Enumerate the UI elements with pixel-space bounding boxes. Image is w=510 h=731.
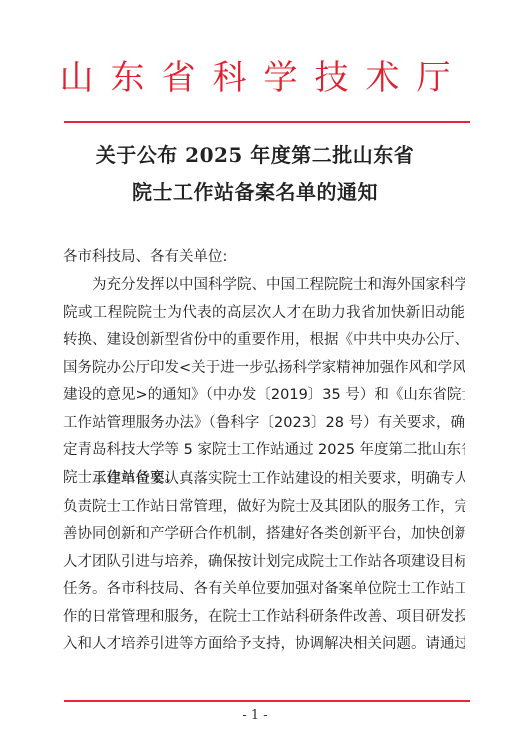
paragraph-line: 转换、建设创新型省份中的重要作用，根据《中共中央办公厅、	[63, 327, 465, 355]
paragraph-line: 作的日常管理和服务，在院士工作站科研条件改善、项目研发投	[63, 604, 465, 632]
paragraph-line: 任务。各市科技局、各有关单位要加强对备案单位院士工作站工	[63, 576, 465, 604]
paragraph-line: 定青岛科技大学等 5 家院士工作站通过 2025 年度第二批山东省	[63, 437, 465, 465]
page-number: - 1 -	[0, 706, 510, 726]
document-title-line-1: 关于公布 2025 年度第二批山东省	[0, 143, 510, 167]
body-paragraph-1: 为充分发挥以中国科学院、中国工程院院士和海外国家科学 院或工程院院士为代表的高层…	[63, 272, 465, 492]
paragraph-line: 为充分发挥以中国科学院、中国工程院院士和海外国家科学	[63, 272, 465, 300]
paragraph-line: 负责院士工作站日常管理，做好为院士及其团队的服务工作，完	[63, 494, 465, 522]
paragraph-line: 入和人才培养引进等方面给予支持，协调解决相关问题。请通过	[63, 631, 465, 659]
salutation: 各市科技局、各有关单位:	[63, 244, 465, 272]
paragraph-line: 承建单位要认真落实院士工作站建设的相关要求，明确专人	[63, 466, 465, 494]
paragraph-line: 建设的意见>的通知》（中办发〔2019〕35 号）和《山东省院士	[63, 382, 465, 410]
paragraph-line: 人才团队引进与培养，确保按计划完成院士工作站各项建设目标	[63, 549, 465, 577]
paragraph-line: 善协同创新和产学研合作机制，搭建好各类创新平台，加快创新	[63, 521, 465, 549]
footer-red-divider	[64, 700, 470, 702]
body-paragraph-2: 承建单位要认真落实院士工作站建设的相关要求，明确专人 负责院士工作站日常管理，做…	[63, 466, 465, 659]
issuing-authority-masthead: 山东省科学技术厅	[0, 58, 510, 98]
masthead-red-divider	[64, 121, 470, 123]
paragraph-line: 院或工程院院士为代表的高层次人才在助力我省加快新旧动能	[63, 300, 465, 328]
paragraph-line: 工作站管理服务办法》（鲁科字〔2023〕28 号）有关要求，确	[63, 410, 465, 438]
document-title-line-2: 院士工作站备案名单的通知	[0, 180, 510, 204]
paragraph-line: 国务院办公厅印发<关于进一步弘扬科学家精神加强作风和学风	[63, 355, 465, 383]
